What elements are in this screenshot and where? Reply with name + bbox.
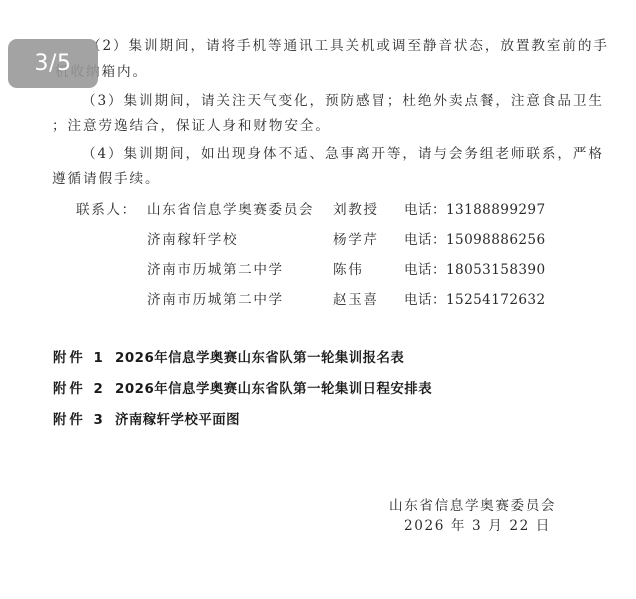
- paragraph-2-line-1: （2）集训期间，请将手机等通讯工具关机或调至静音状态，放置教室前的手: [87, 34, 609, 54]
- contact-row: 济南市历城第二中学 赵玉喜 电话：15254172632: [0, 288, 636, 308]
- attachment-title: 2026年信息学奥赛山东省队第一轮集训报名表: [115, 351, 404, 366]
- contact-org: 济南市历城第二中学: [147, 288, 284, 308]
- contact-name: 赵玉喜: [333, 288, 379, 308]
- contact-org: 济南稼轩学校: [147, 228, 238, 248]
- attachment-label: 附件 1: [53, 347, 115, 366]
- attachment-item-3: 附件 3济南稼轩学校平面图: [53, 409, 240, 428]
- contact-phone: 电话：18053158390: [404, 258, 546, 278]
- page-indicator-badge: 3/5: [8, 39, 98, 88]
- paragraph-3-line-1: （3）集训期间，请关注天气变化，预防感冒；杜绝外卖点餐，注意食品卫生: [82, 89, 604, 109]
- contact-phone: 电话：13188899297: [404, 198, 546, 218]
- signature-organization: 山东省信息学奥赛委员会: [389, 494, 556, 514]
- contact-phone: 电话：15098886256: [404, 228, 546, 248]
- contacts-label: 联系人：: [76, 198, 137, 218]
- attachment-title: 济南稼轩学校平面图: [115, 413, 240, 428]
- attachment-item-2: 附件 22026年信息学奥赛山东省队第一轮集训日程安排表: [53, 378, 432, 397]
- attachment-title: 2026年信息学奥赛山东省队第一轮集训日程安排表: [115, 382, 432, 397]
- attachment-label: 附件 3: [53, 409, 115, 428]
- paragraph-3-line-2: ；注意劳逸结合，保证人身和财物安全。: [52, 114, 331, 134]
- contact-org: 济南市历城第二中学: [147, 258, 284, 278]
- document-page[interactable]: （2）集训期间，请将手机等通讯工具关机或调至静音状态，放置教室前的手 机收纳箱内…: [0, 0, 636, 599]
- contact-org: 山东省信息学奥赛委员会: [147, 198, 314, 218]
- contact-name: 刘教授: [333, 198, 379, 218]
- contact-name: 陈伟: [333, 258, 363, 278]
- paragraph-4-line-2: 遵循请假手续。: [52, 167, 160, 187]
- attachment-label: 附件 2: [53, 378, 115, 397]
- signature-date: 2026 年 3 月 22 日: [404, 514, 551, 534]
- contact-phone: 电话：15254172632: [404, 288, 546, 308]
- contact-row: 济南市历城第二中学 陈伟 电话：18053158390: [0, 258, 636, 278]
- attachment-item-1: 附件 12026年信息学奥赛山东省队第一轮集训报名表: [53, 347, 404, 366]
- contact-row: 联系人： 山东省信息学奥赛委员会 刘教授 电话：13188899297: [0, 198, 636, 218]
- contact-row: 济南稼轩学校 杨学芹 电话：15098886256: [0, 228, 636, 248]
- paragraph-4-line-1: （4）集训期间，如出现身体不适、急事离开等，请与会务组老师联系，严格: [82, 142, 604, 162]
- contact-name: 杨学芹: [333, 228, 379, 248]
